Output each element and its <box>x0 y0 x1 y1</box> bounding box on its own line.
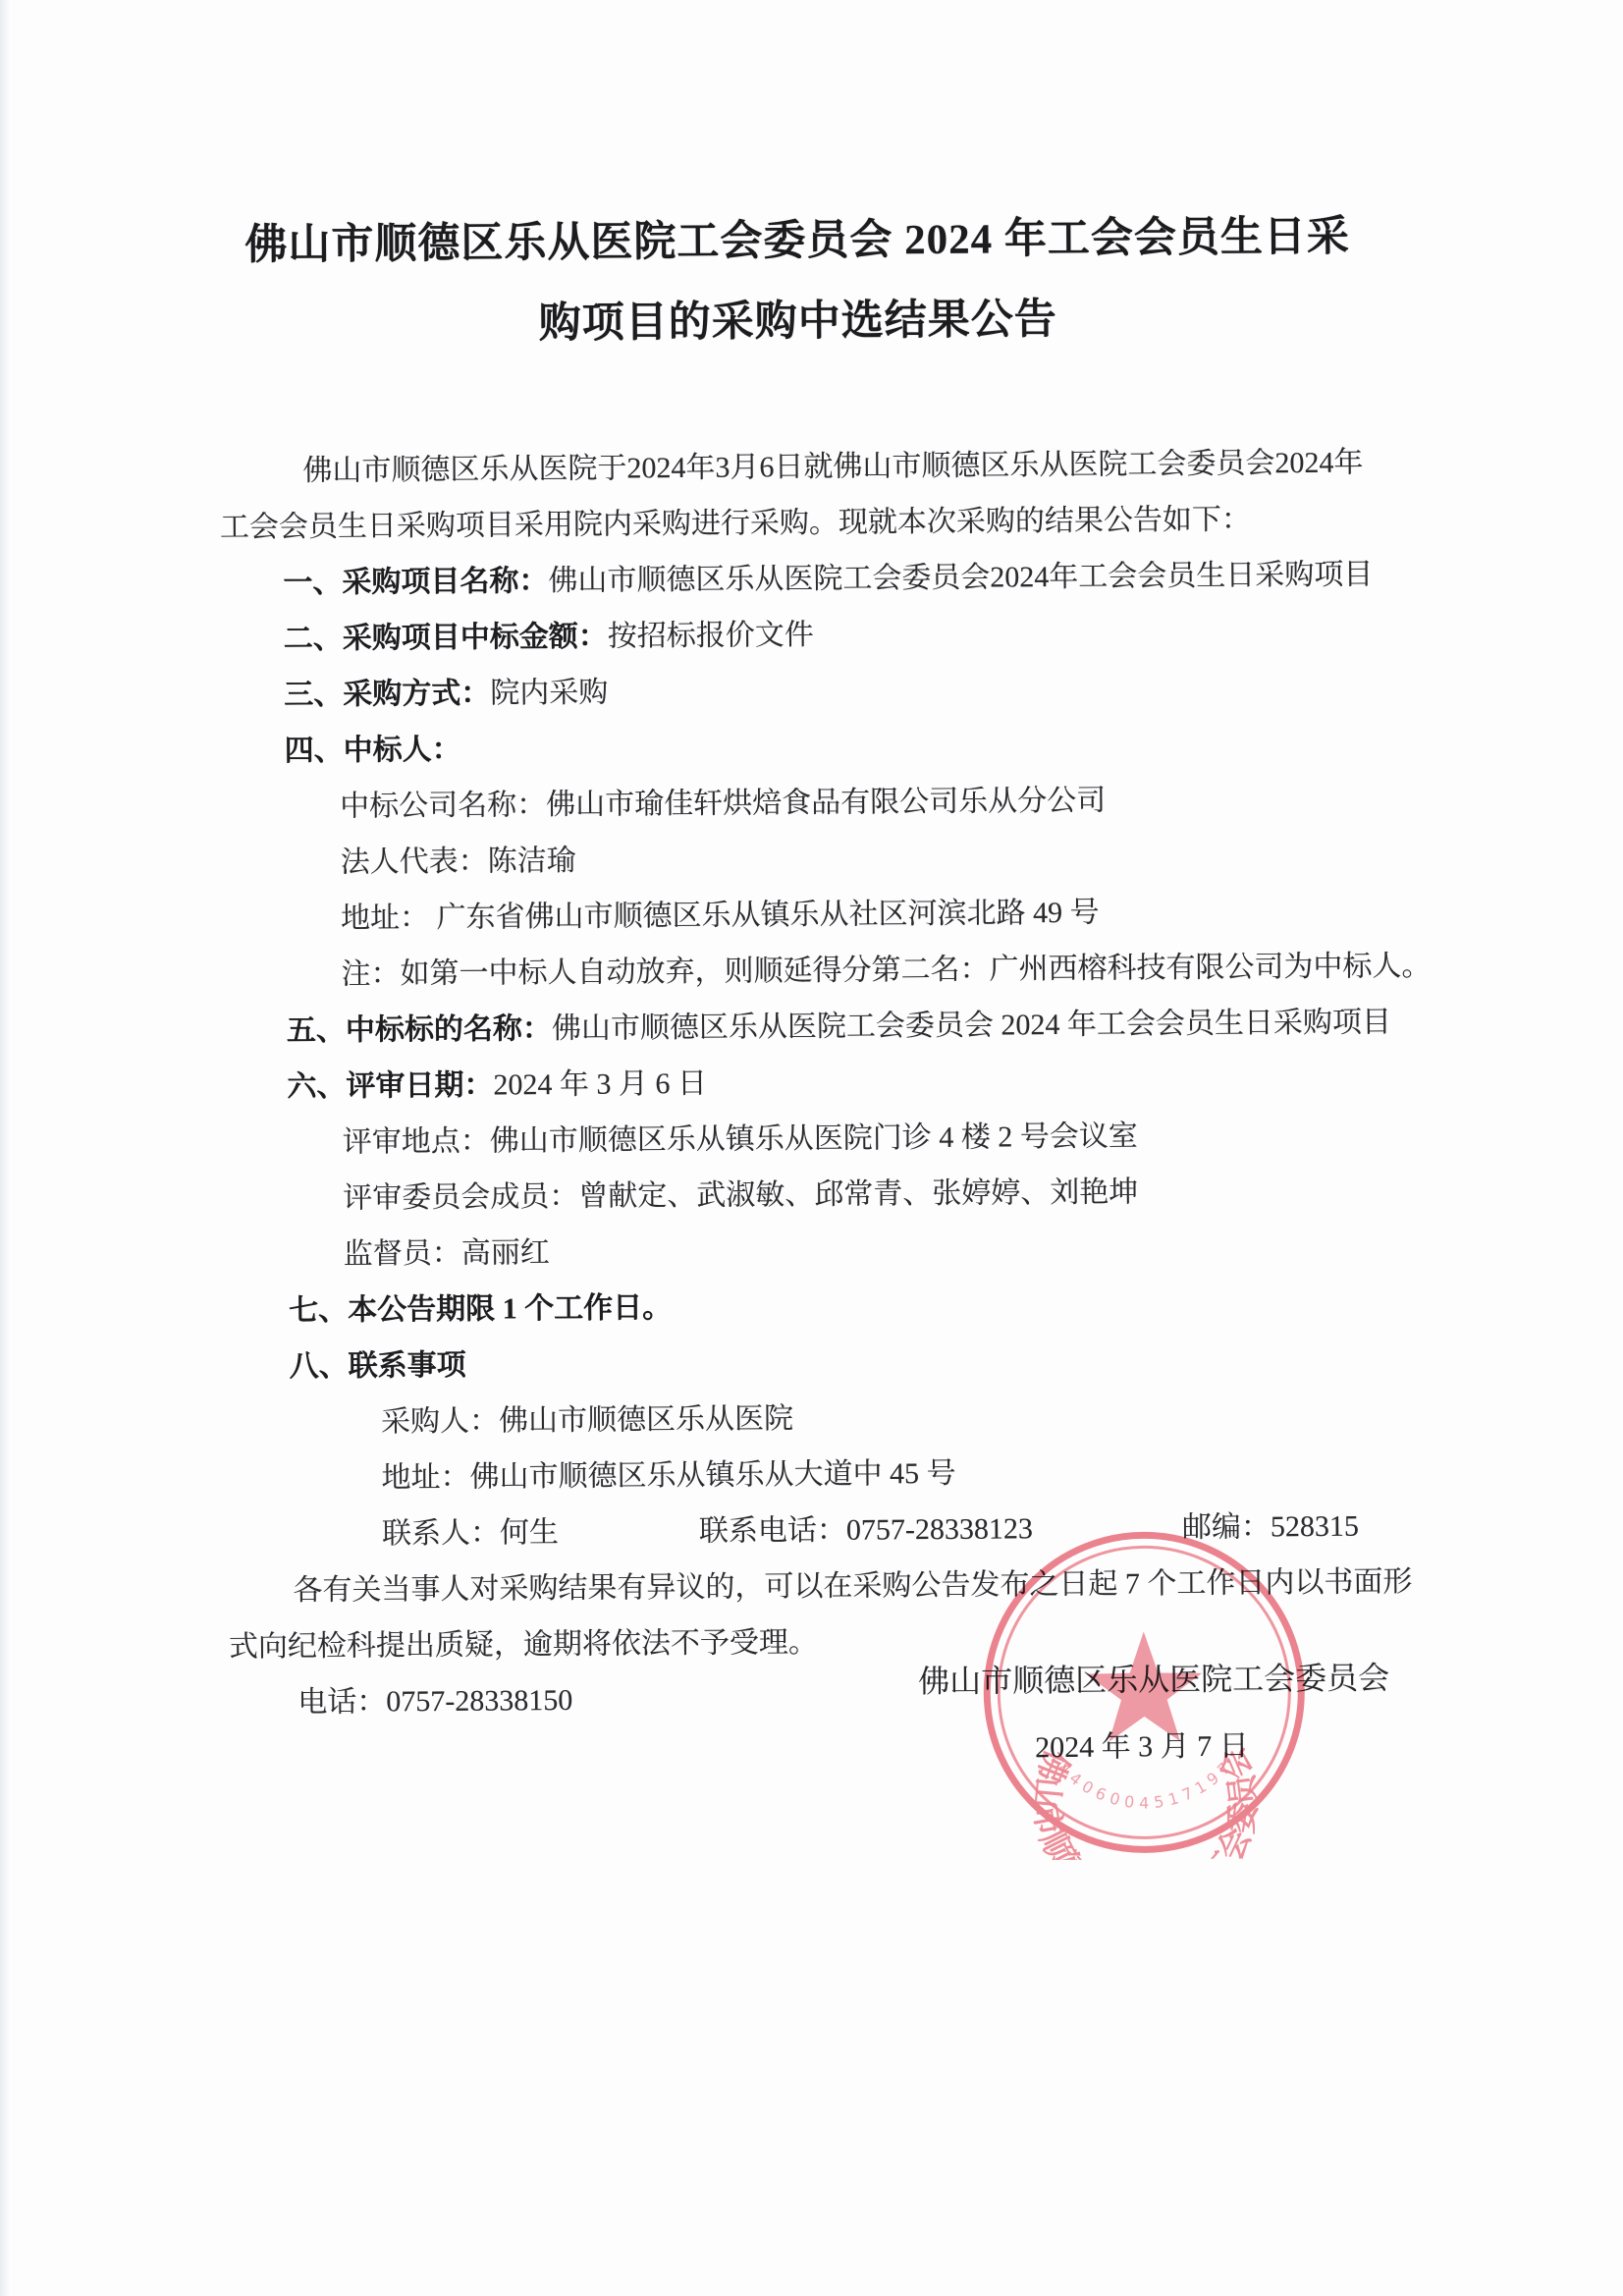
item-7: 七、本公告期限 1 个工作日。 <box>289 1274 1385 1339</box>
title-line-1: 佛山市顺德区乐从医院工会委员会 2024 年工会会员生日采 <box>217 196 1378 286</box>
item-6-key: 评审日期： <box>346 1069 493 1103</box>
item-7-key: 本公告期限 1 个工作日。 <box>348 1291 672 1327</box>
item-5: 五、中标标的名称：佛山市顺德区乐从医院工会委员会 2024 年工会会员生日采购项… <box>287 994 1383 1059</box>
scanned-announcement-page: 佛山市顺德区乐从医院工会委员会 2024 年工会会员生日采 购项目的采购中选结果… <box>0 0 1623 2296</box>
item-3: 三、采购方式：院内采购 <box>284 658 1380 723</box>
item-7-number: 七、 <box>289 1294 348 1327</box>
item-3-value: 院内采购 <box>490 677 608 710</box>
intro-paragraph: 佛山市顺德区乐从医院于2024年3月6日就佛山市顺德区乐从医院工会委员会2024… <box>219 434 1380 555</box>
item-2-value: 按招标报价文件 <box>608 619 814 653</box>
review-supervisor-line: 监督员：高丽红 <box>344 1218 1385 1282</box>
contact-address-line: 地址：佛山市顺德区乐从镇乐从大道中 45 号 <box>381 1442 1386 1505</box>
item-8-key: 联系事项 <box>349 1349 466 1383</box>
star-icon <box>1086 1631 1203 1742</box>
official-seal-stamp: 佛山市顺德区乐从医院工会委员会 4406004517197 <box>976 1524 1313 1861</box>
item-6-number: 六、 <box>287 1070 346 1103</box>
item-5-value: 佛山市顺德区乐从医院工会委员会 2024 年工会会员生日采购项目 <box>552 1006 1391 1045</box>
item-4-key: 中标人： <box>344 734 461 767</box>
item-4-number: 四、 <box>285 735 344 767</box>
item-8-number: 八、 <box>290 1350 349 1383</box>
document-sheet: 佛山市顺德区乐从医院工会委员会 2024 年工会会员生日采 购项目的采购中选结果… <box>0 0 1623 2296</box>
winner-address-line: 地址： 广东省佛山市顺德区乐从镇乐从社区河滨北路 49 号 <box>341 882 1382 946</box>
item-4: 四、中标人： <box>285 714 1381 779</box>
item-1-key: 采购项目名称： <box>342 565 548 599</box>
contact-person: 联系人：何生 <box>382 1503 699 1562</box>
document-content: 佛山市顺德区乐从医院工会委员会 2024 年工会会员生日采 购项目的采购中选结果… <box>0 0 1623 1732</box>
item-1: 一、采购项目名称：佛山市顺德区乐从医院工会委员会2024年工会会员生日采购项目 <box>283 546 1380 611</box>
item-2-key: 采购项目中标金额： <box>343 621 608 655</box>
item-8: 八、联系事项 <box>289 1330 1385 1394</box>
svg-text:4406004517197: 4406004517197 <box>1055 1758 1234 1813</box>
item-6-value: 2024 年 3 月 6 日 <box>493 1067 707 1102</box>
title-line-2: 购项目的采购中选结果公告 <box>218 277 1379 366</box>
seal-serial-number: 4406004517197 <box>1055 1758 1234 1813</box>
winner-legal-rep-line: 法人代表：陈洁瑜 <box>340 826 1381 890</box>
contact-purchaser-line: 采购人：佛山市顺德区乐从医院 <box>381 1386 1386 1449</box>
review-location-line: 评审地点：佛山市顺德区乐从镇乐从医院门诊 4 楼 2 号会议室 <box>343 1106 1384 1170</box>
item-1-value: 佛山市顺德区乐从医院工会委员会2024年工会会员生日采购项目 <box>548 558 1373 597</box>
item-5-number: 五、 <box>287 1014 346 1047</box>
winner-company-line: 中标公司名称：佛山市瑜佳轩烘焙食品有限公司乐从分公司 <box>340 770 1381 834</box>
item-3-key: 采购方式： <box>343 678 490 711</box>
item-6: 六、评审日期：2024 年 3 月 6 日 <box>287 1050 1383 1115</box>
item-5-key: 中标标的名称： <box>346 1012 552 1047</box>
item-2: 二、采购项目中标金额：按招标报价文件 <box>284 602 1380 667</box>
review-committee-line: 评审委员会成员：曾献定、武淑敏、邱常青、张婷婷、刘艳坤 <box>343 1162 1384 1226</box>
document-title: 佛山市顺德区乐从医院工会委员会 2024 年工会会员生日采 购项目的采购中选结果… <box>217 196 1378 366</box>
item-1-number: 一、 <box>283 567 342 599</box>
winner-note-line: 注：如第一中标人自动放弃，则顺延得分第二名：广州西榕科技有限公司为中标人。 <box>341 938 1382 1002</box>
item-3-number: 三、 <box>284 679 343 711</box>
item-2-number: 二、 <box>284 623 343 655</box>
